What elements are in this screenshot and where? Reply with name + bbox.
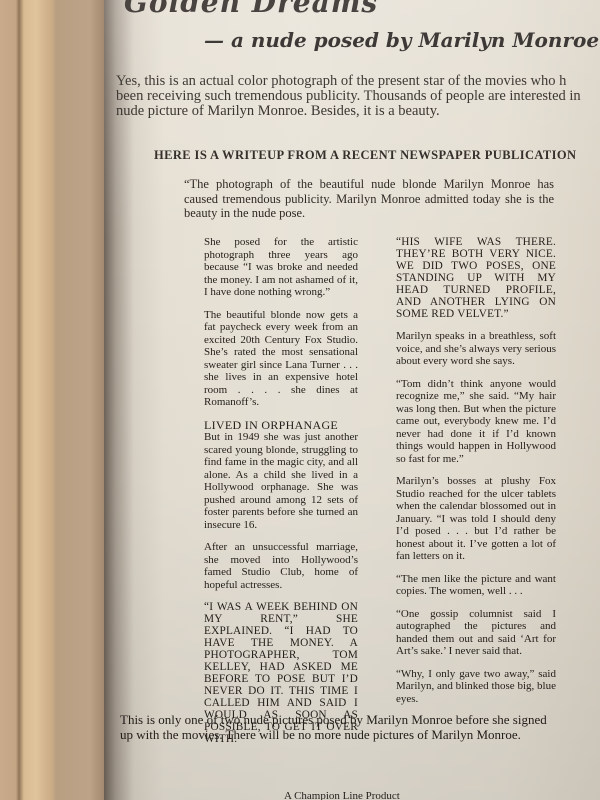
lead-quote: “The photograph of the beautiful nude bl… [184,177,554,221]
document-content: Golden Dreams — a nude posed by Marilyn … [104,0,600,800]
intro-line: nude picture of Marilyn Monroe. Besides,… [116,104,600,119]
intro-line: Yes, this is an actual color photograph … [116,74,600,89]
article-paragraph: “One gossip columnist said I autographed… [396,608,556,658]
footer-text: A Champion Line Product [284,790,400,800]
closing-line: This is only one of two nude pictures po… [120,713,590,728]
section-header: HERE IS A WRITEUP FROM A RECENT NEWSPAPE… [154,148,576,163]
article-paragraph: She posed for the artistic photograph th… [204,236,358,299]
article-paragraph: After an unsuccessful marriage, she move… [204,541,358,591]
intro-paragraph: Yes, this is an actual color photograph … [116,74,600,119]
article-paragraph: “Tom didn’t think anyone would recognize… [396,378,556,466]
article-paragraph-with-heading: LIVED IN ORPHANAGE But in 1949 she was j… [204,419,358,532]
article-paragraph: Marilyn speaks in a breathless, soft voi… [396,330,556,368]
article-paragraph: “Why, I only gave two away,” said Marily… [396,668,556,706]
article-paragraph: Marilyn’s bosses at plushy Fox Studio re… [396,475,556,563]
article-paragraph: “The men like the picture and want copie… [396,573,556,598]
intro-line: been receiving such tremendous publicity… [116,89,600,104]
document-page: Golden Dreams — a nude posed by Marilyn … [104,0,600,800]
wooden-frame-edge [0,0,108,800]
article-column-right: “HIS WIFE WAS THERE. THEY’RE BOTH VERY N… [396,236,556,715]
article-column-left: She posed for the artistic photograph th… [204,236,358,755]
closing-line: up with the movies. There will be no mor… [120,728,590,743]
article-paragraph: The beautiful blonde now gets a fat payc… [204,309,358,409]
article-subheading: LIVED IN ORPHANAGE [204,419,358,432]
page-title: Golden Dreams [124,0,378,19]
article-paragraph-text: But in 1949 she was just another scared … [204,431,358,531]
closing-paragraph: This is only one of two nude pictures po… [120,713,590,742]
article-paragraph-caps: “HIS WIFE WAS THERE. THEY’RE BOTH VERY N… [396,236,556,320]
page-subtitle: — a nude posed by Marilyn Monroe [204,28,599,52]
